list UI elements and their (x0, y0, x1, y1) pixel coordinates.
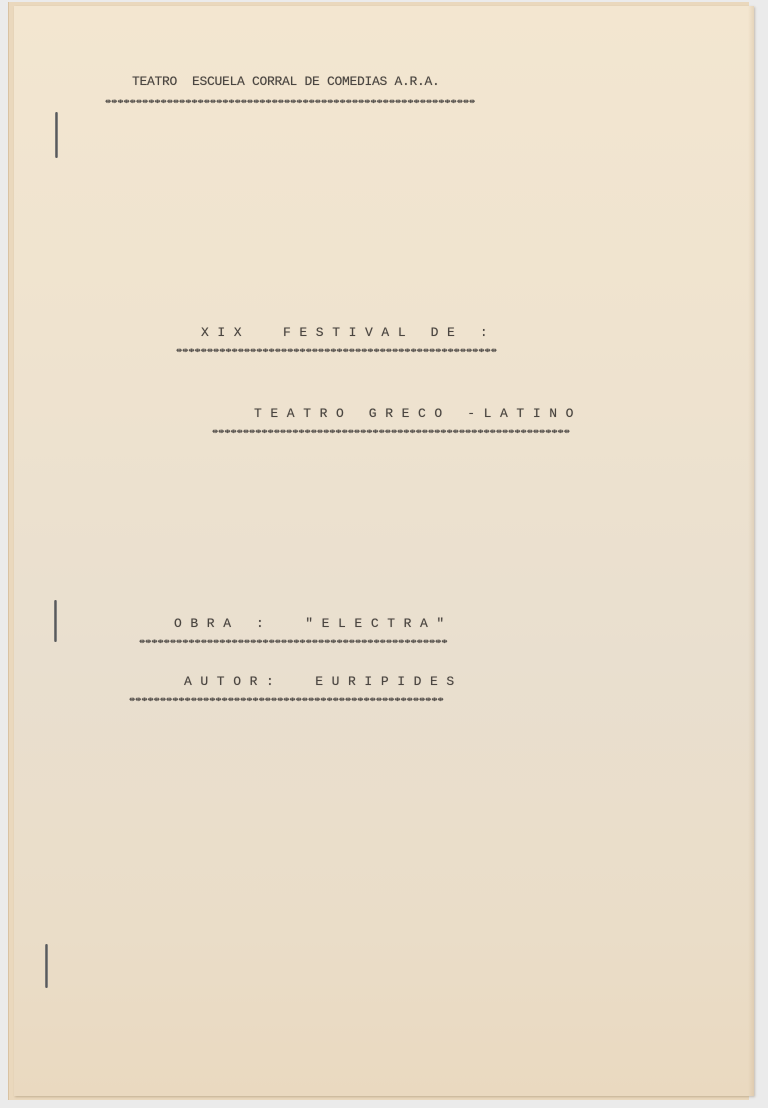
author-separator: ⇹⇹⇹⇹⇹⇹⇹⇹⇹⇹⇹⇹⇹⇹⇹⇹⇹⇹⇹⇹⇹⇹⇹⇹⇹⇹⇹⇹⇹⇹⇹⇹⇹⇹⇹⇹⇹⇹⇹⇹… (129, 696, 503, 706)
play-title-line: OBRA : "ELECTRA" (174, 617, 453, 631)
typewritten-page: TEATRO ESCUELA CORRAL DE COMEDIAS A.R.A.… (14, 6, 754, 1096)
festival-name: TEATRO GRECO -LATINO (254, 407, 582, 421)
staple-icon-bottom (45, 944, 48, 988)
festival-number-line: XIX FESTIVAL DE : (201, 326, 496, 340)
header-separator: ⇹⇹⇹⇹⇹⇹⇹⇹⇹⇹⇹⇹⇹⇹⇹⇹⇹⇹⇹⇹⇹⇹⇹⇹⇹⇹⇹⇹⇹⇹⇹⇹⇹⇹⇹⇹⇹⇹⇹⇹… (105, 98, 541, 108)
play-title-separator: ⇹⇹⇹⇹⇹⇹⇹⇹⇹⇹⇹⇹⇹⇹⇹⇹⇹⇹⇹⇹⇹⇹⇹⇹⇹⇹⇹⇹⇹⇹⇹⇹⇹⇹⇹⇹⇹⇹⇹⇹… (139, 638, 503, 648)
staple-icon-top (55, 112, 58, 158)
festival-separator: ⇹⇹⇹⇹⇹⇹⇹⇹⇹⇹⇹⇹⇹⇹⇹⇹⇹⇹⇹⇹⇹⇹⇹⇹⇹⇹⇹⇹⇹⇹⇹⇹⇹⇹⇹⇹⇹⇹⇹⇹… (176, 347, 558, 357)
author-line: AUTOR: EURIPIDES (184, 675, 463, 689)
header-title: TEATRO ESCUELA CORRAL DE COMEDIAS A.R.A. (132, 75, 440, 89)
festival-name-separator: ⇹⇹⇹⇹⇹⇹⇹⇹⇹⇹⇹⇹⇹⇹⇹⇹⇹⇹⇹⇹⇹⇹⇹⇹⇹⇹⇹⇹⇹⇹⇹⇹⇹⇹⇹⇹⇹⇹⇹⇹… (212, 428, 638, 438)
staple-icon-middle (54, 600, 57, 642)
